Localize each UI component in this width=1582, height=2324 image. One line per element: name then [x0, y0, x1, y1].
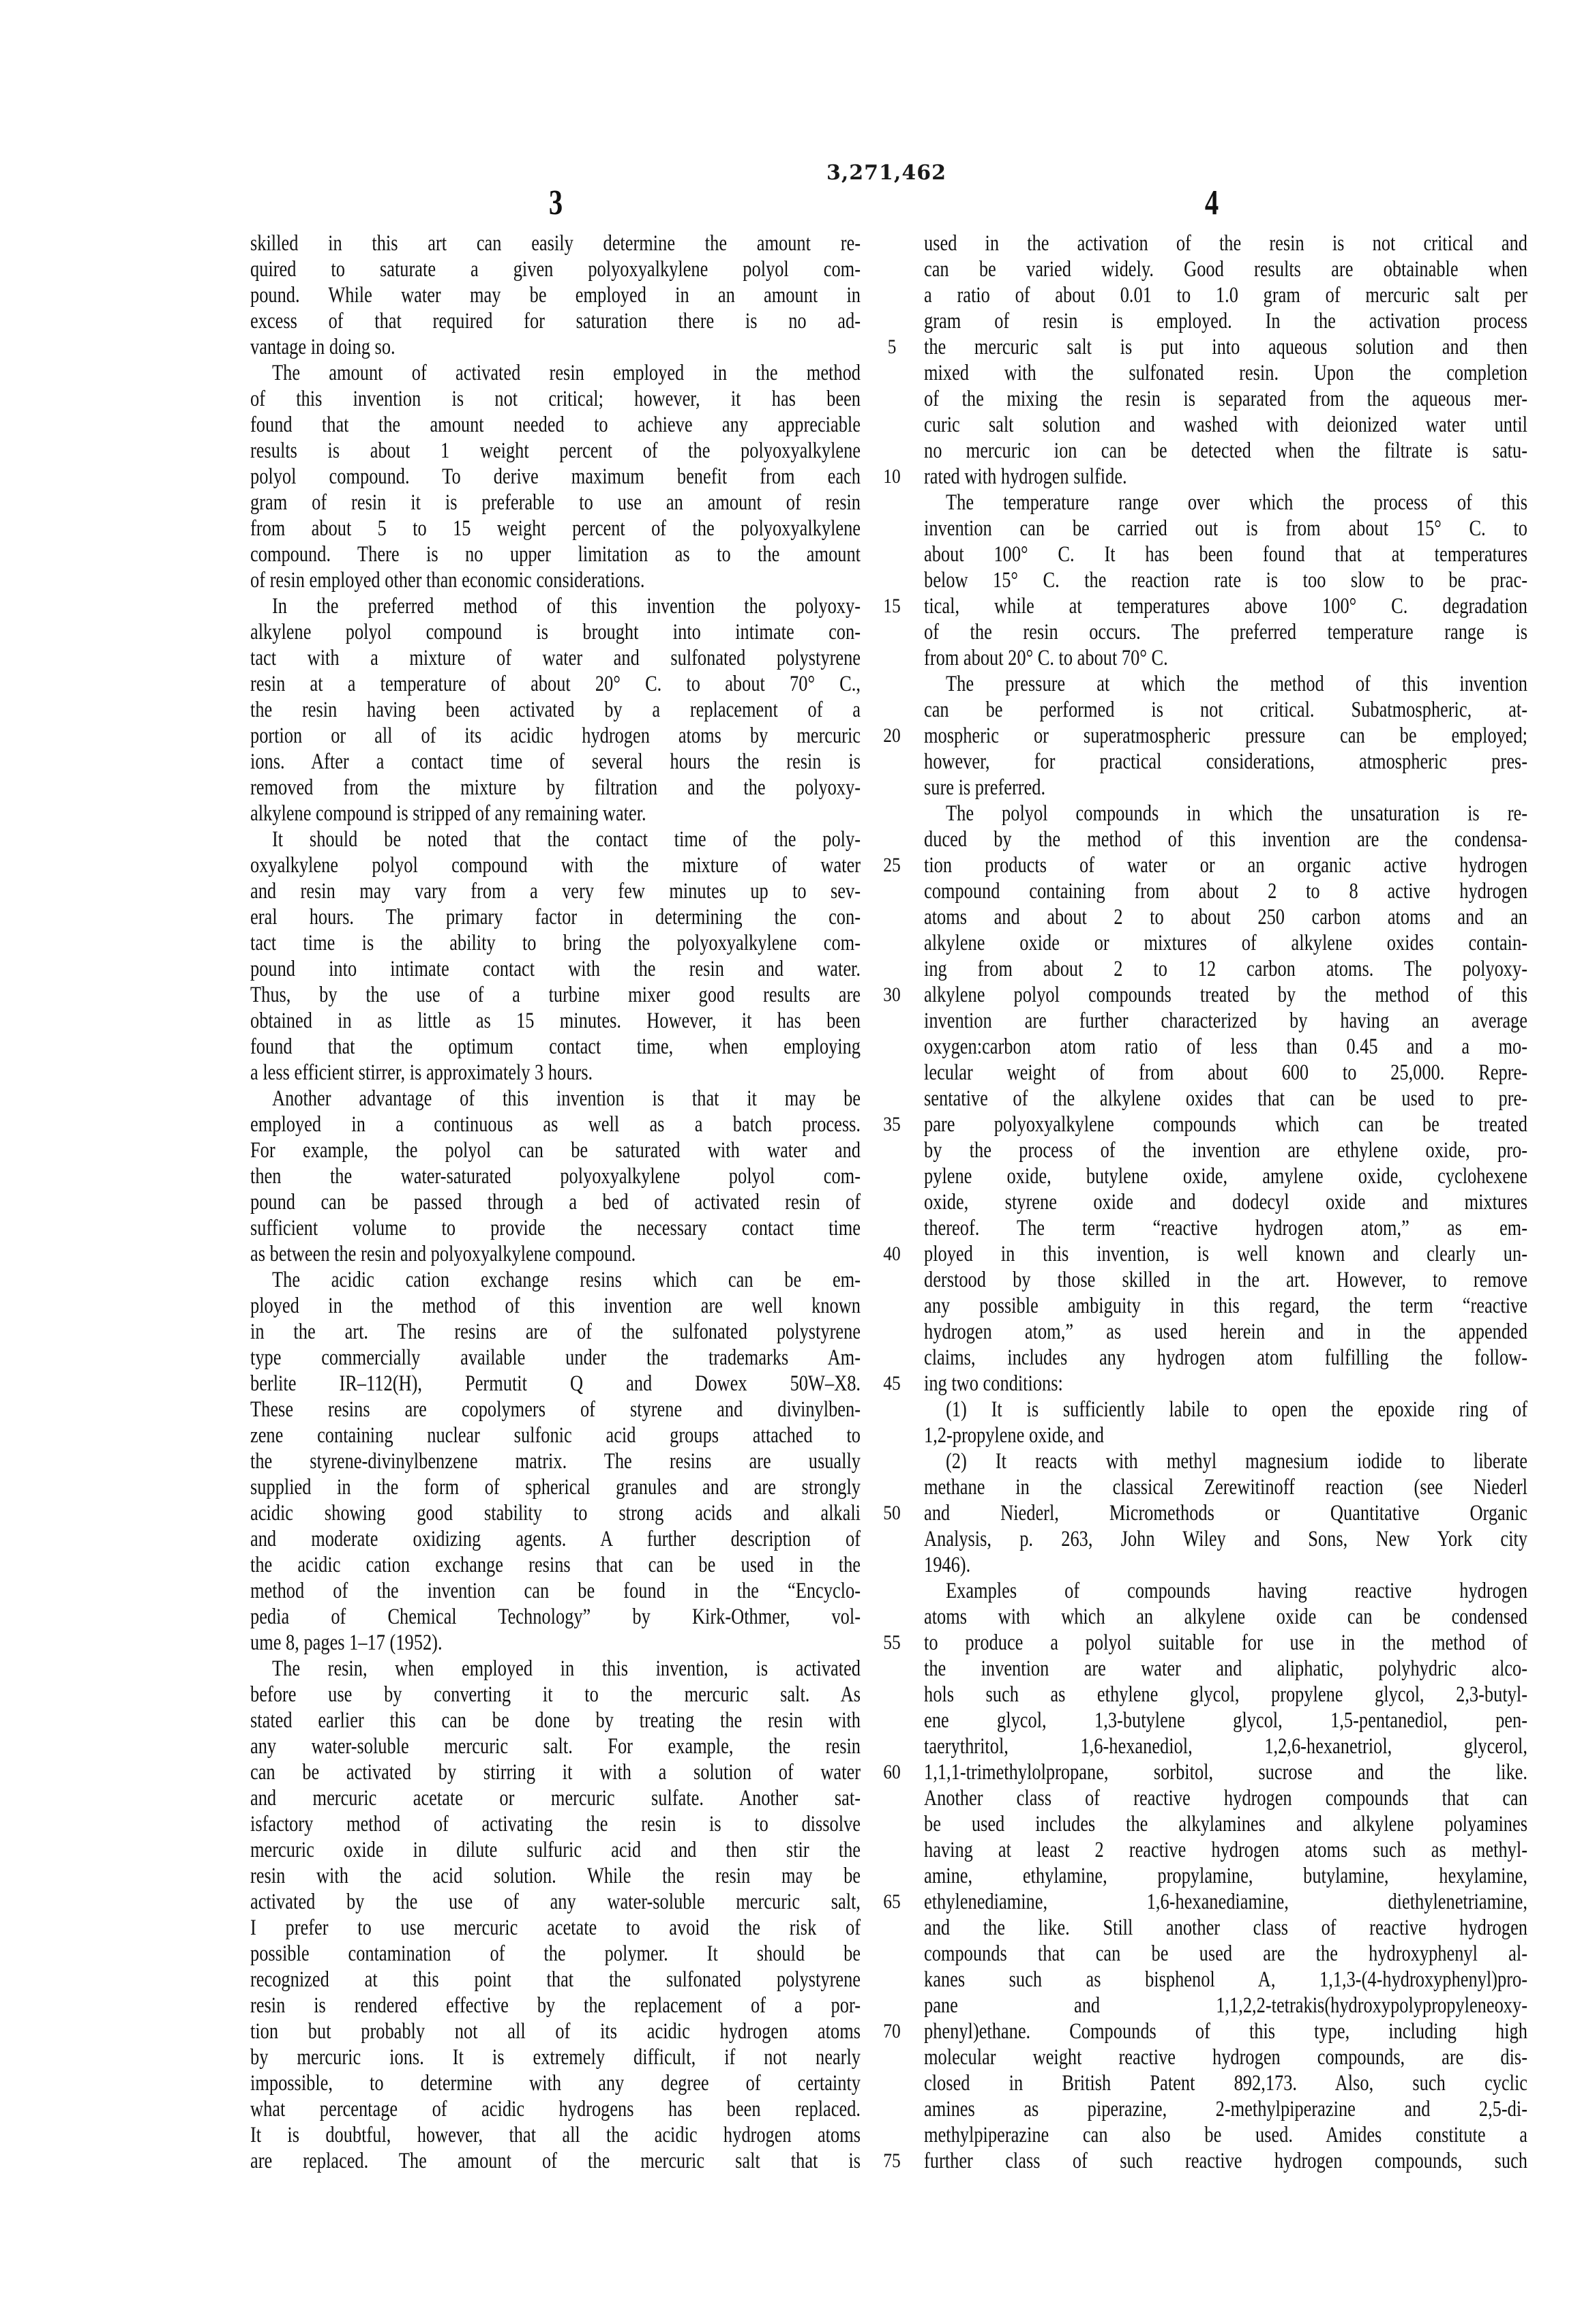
- text-line: curic salt solution and washed with deio…: [924, 412, 1582, 438]
- text-line-content: can be performed is not critical. Subatm…: [924, 697, 1527, 723]
- text-line-content: ployed in this invention, is well known …: [924, 1241, 1527, 1267]
- text-line-content: sentative of the alkylene oxides that ca…: [924, 1086, 1527, 1112]
- text-line: supplied in the form of spherical granul…: [250, 1474, 1013, 1500]
- text-line-content: any possible ambiguity in this regard, t…: [924, 1293, 1527, 1319]
- text-line: gram of resin it is preferable to use an…: [250, 490, 1013, 516]
- text-line-content: The acidic cation exchange resins which …: [250, 1267, 861, 1293]
- text-line: a ratio of about 0.01 to 1.0 gram of mer…: [924, 282, 1582, 308]
- text-line: in the art. The resins are of the sulfon…: [250, 1319, 1013, 1345]
- text-line-content: found that the amount needed to achieve …: [250, 412, 861, 438]
- text-line: methylpiperazine can also be used. Amide…: [924, 2122, 1582, 2148]
- text-line: from about 5 to 15 weight percent of the…: [250, 516, 1013, 541]
- text-line-content: These resins are copolymers of styrene a…: [250, 1397, 861, 1422]
- text-line-content: atoms with which an alkylene oxide can b…: [924, 1604, 1527, 1630]
- text-line-content: a ratio of about 0.01 to 1.0 gram of mer…: [924, 282, 1527, 308]
- text-line-content: from about 20° C. to about 70° C.: [924, 645, 1527, 671]
- text-line-content: supplied in the form of spherical granul…: [250, 1474, 861, 1500]
- text-line-content: can be activated by stirring it with a s…: [250, 1759, 861, 1785]
- text-line-content: acidic showing good stability to strong …: [250, 1500, 861, 1526]
- text-line-content: found that the optimum contact time, whe…: [250, 1034, 861, 1060]
- text-line-content: ing from about 2 to 12 carbon atoms. The…: [924, 956, 1527, 982]
- line-number: 70: [878, 2018, 907, 2044]
- line-number: 20: [878, 723, 907, 749]
- text-line-content: mospheric or superatmospheric pressure c…: [924, 723, 1527, 749]
- text-line: sentative of the alkylene oxides that ca…: [924, 1086, 1582, 1112]
- text-line: hols such as ethylene glycol, propylene …: [924, 1682, 1582, 1708]
- text-line: can be performed is not critical. Subatm…: [924, 697, 1582, 723]
- line-number: 15: [878, 593, 907, 619]
- text-line-content: tion but probably not all of its acidic …: [250, 2018, 861, 2044]
- text-line: duced by the method of this invention ar…: [924, 826, 1582, 852]
- text-line: Another class of reactive hydrogen compo…: [924, 1785, 1582, 1811]
- text-line-content: (2) It reacts with methyl magnesium iodi…: [924, 1448, 1527, 1474]
- text-line-content: sufficient volume to provide the necessa…: [250, 1215, 861, 1241]
- text-line-content: compound. There is no upper limitation a…: [250, 541, 861, 567]
- text-line: atoms with which an alkylene oxide can b…: [924, 1604, 1582, 1630]
- text-line-content: 1,1,1-trimethylolpropane, sorbitol, sucr…: [924, 1759, 1527, 1785]
- right-text-column: used in the activation of the resin is n…: [924, 230, 1582, 2174]
- text-line-content: oxyalkylene polyol compound with the mix…: [250, 852, 861, 878]
- text-line: invention can be carried out is from abo…: [924, 516, 1582, 541]
- text-line: impossible, to determine with any degree…: [250, 2070, 1013, 2096]
- text-line: type commercially available under the tr…: [250, 1345, 1013, 1371]
- text-line-content: The pressure at which the method of this…: [924, 671, 1527, 697]
- text-line: and moderate oxidizing agents. A further…: [250, 1526, 1013, 1552]
- text-line-content: pound into intimate contact with the res…: [250, 956, 861, 982]
- text-line: no mercuric ion can be detected when the…: [924, 438, 1582, 464]
- text-line: and mercuric acetate or mercuric sulfate…: [250, 1785, 1013, 1811]
- line-number: 10: [878, 464, 907, 490]
- text-line: molecular weight reactive hydrogen compo…: [924, 2044, 1582, 2070]
- text-line-content: having at least 2 reactive hydrogen atom…: [924, 1837, 1527, 1863]
- text-line: from about 20° C. to about 70° C.: [924, 645, 1582, 671]
- text-line-content: impossible, to determine with any degree…: [250, 2070, 861, 2096]
- text-line-content: what percentage of acidic hydrogens has …: [250, 2096, 861, 2122]
- text-line: The polyol compounds in which the unsatu…: [924, 801, 1582, 826]
- text-line-content: ene glycol, 1,3-butylene glycol, 1,5-pen…: [924, 1708, 1527, 1733]
- text-line-content: used in the activation of the resin is n…: [924, 230, 1527, 256]
- text-line: having at least 2 reactive hydrogen atom…: [924, 1837, 1582, 1863]
- text-line: however, for practical considerations, a…: [924, 749, 1582, 775]
- text-line: by the process of the invention are ethy…: [924, 1137, 1582, 1163]
- text-line: It should be noted that the contact time…: [250, 826, 1013, 852]
- text-line: resin at a temperature of about 20° C. t…: [250, 671, 1013, 697]
- text-line: before use by converting it to the mercu…: [250, 1682, 1013, 1708]
- text-line-content: the mercuric salt is put into aqueous so…: [924, 334, 1527, 360]
- text-line: eral hours. The primary factor in determ…: [250, 904, 1013, 930]
- text-line-content: (1) It is sufficiently labile to open th…: [924, 1397, 1527, 1422]
- text-line: pound can be passed through a bed of act…: [250, 1189, 1013, 1215]
- text-line-content: phenyl)ethane. Compounds of this type, i…: [924, 2018, 1527, 2044]
- text-line-content: The temperature range over which the pro…: [924, 490, 1527, 516]
- text-line: removed from the mixture by filtration a…: [250, 775, 1013, 801]
- text-line: ployed in the method of this invention a…: [250, 1293, 1013, 1319]
- text-line-content: The amount of activated resin employed i…: [250, 360, 861, 386]
- text-line-content: I prefer to use mercuric acetate to avoi…: [250, 1915, 861, 1941]
- text-line-content: compound containing from about 2 to 8 ac…: [924, 878, 1527, 904]
- text-line-content: derstood by those skilled in the art. Ho…: [924, 1267, 1527, 1293]
- text-line-content: The polyol compounds in which the unsatu…: [924, 801, 1527, 826]
- text-line-content: to produce a polyol suitable for use in …: [924, 1630, 1527, 1656]
- text-line: pane and 1,1,2,2-tetrakis(hydroxypolypro…: [924, 1993, 1582, 2018]
- text-line: pare polyoxyalkylene compounds which can…: [924, 1112, 1582, 1137]
- text-line: The amount of activated resin employed i…: [250, 360, 1013, 386]
- text-line-content: pylene oxide, butylene oxide, amylene ox…: [924, 1163, 1527, 1189]
- text-line: possible contamination of the polymer. I…: [250, 1941, 1013, 1967]
- text-line: amine, ethylamine, propylamine, butylami…: [924, 1863, 1582, 1889]
- line-number: 55: [878, 1630, 907, 1656]
- text-line: mospheric or superatmospheric pressure c…: [924, 723, 1582, 749]
- text-line-content: closed in British Patent 892,173. Also, …: [924, 2070, 1527, 2096]
- line-number: 5: [878, 334, 907, 360]
- text-line-content: by the process of the invention are ethy…: [924, 1137, 1527, 1163]
- text-line-content: and the like. Still another class of rea…: [924, 1915, 1527, 1941]
- text-line-content: atoms and about 2 to about 250 carbon at…: [924, 904, 1527, 930]
- text-line: be used includes the alkylamines and alk…: [924, 1811, 1582, 1837]
- text-line: by mercuric ions. It is extremely diffic…: [250, 2044, 1013, 2070]
- text-line-content: method of the invention can be found in …: [250, 1578, 861, 1604]
- text-line-content: pare polyoxyalkylene compounds which can…: [924, 1112, 1527, 1137]
- text-line-content: the acidic cation exchange resins that c…: [250, 1552, 861, 1578]
- text-line-content: polyol compound. To derive maximum benef…: [250, 464, 861, 490]
- text-line: resin is rendered effective by the repla…: [250, 1993, 1013, 2018]
- text-line-content: portion or all of its acidic hydrogen at…: [250, 723, 861, 749]
- text-line: rated with hydrogen sulfide.: [924, 464, 1582, 490]
- text-line-content: the invention are water and aliphatic, p…: [924, 1656, 1527, 1682]
- text-line: The acidic cation exchange resins which …: [250, 1267, 1013, 1293]
- line-number: 25: [878, 852, 907, 878]
- line-number: 60: [878, 1759, 907, 1785]
- line-number: 35: [878, 1112, 907, 1137]
- text-line: mercuric oxide in dilute sulfuric acid a…: [250, 1837, 1013, 1863]
- text-line: thereof. The term “reactive hydrogen ato…: [924, 1215, 1582, 1241]
- right-column-number: 4: [1196, 185, 1228, 221]
- text-line: excess of that required for saturation t…: [250, 308, 1013, 334]
- text-line: found that the amount needed to achieve …: [250, 412, 1013, 438]
- text-line-content: tion products of water or an organic act…: [924, 852, 1527, 878]
- text-line-content: sure is preferred.: [924, 775, 1527, 801]
- text-line-content: It should be noted that the contact time…: [250, 826, 861, 852]
- text-line-content: possible contamination of the polymer. I…: [250, 1941, 861, 1967]
- text-line-content: duced by the method of this invention ar…: [924, 826, 1527, 852]
- text-line-content: pound. While water may be employed in an…: [250, 282, 861, 308]
- text-line-content: and moderate oxidizing agents. A further…: [250, 1526, 861, 1552]
- text-line: kanes such as bisphenol A, 1,1,3-(4-hydr…: [924, 1967, 1582, 1993]
- text-line-content: employed in a continuous as well as a ba…: [250, 1112, 861, 1137]
- text-line: These resins are copolymers of styrene a…: [250, 1397, 1013, 1422]
- text-line-content: lecular weight of from about 600 to 25,0…: [924, 1060, 1527, 1086]
- text-line-content: skilled in this art can easily determine…: [250, 230, 861, 256]
- text-line: zene containing nuclear sulfonic acid gr…: [250, 1422, 1013, 1448]
- text-line: Analysis, p. 263, John Wiley and Sons, N…: [924, 1526, 1582, 1552]
- text-line: 1,2-propylene oxide, and: [924, 1422, 1582, 1448]
- text-line-content: tact with a mixture of water and sulfona…: [250, 645, 861, 671]
- text-line: a less efficient stirrer, is approximate…: [250, 1060, 1013, 1086]
- line-number: 50: [878, 1500, 907, 1526]
- text-line: pound into intimate contact with the res…: [250, 956, 1013, 982]
- text-line-content: hols such as ethylene glycol, propylene …: [924, 1682, 1527, 1708]
- text-line: what percentage of acidic hydrogens has …: [250, 2096, 1013, 2122]
- text-line: pedia of Chemical Technology” by Kirk-Ot…: [250, 1604, 1013, 1630]
- text-line-content: alkylene polyol compound is brought into…: [250, 619, 861, 645]
- text-line: about 100° C. It has been found that at …: [924, 541, 1582, 567]
- text-line: derstood by those skilled in the art. Ho…: [924, 1267, 1582, 1293]
- text-line-content: a less efficient stirrer, is approximate…: [250, 1060, 861, 1086]
- text-line: For example, the polyol can be saturated…: [250, 1137, 1013, 1163]
- text-line-content: removed from the mixture by filtration a…: [250, 775, 861, 801]
- text-line: The pressure at which the method of this…: [924, 671, 1582, 697]
- text-line-content: For example, the polyol can be saturated…: [250, 1137, 861, 1163]
- text-line-content: Examples of compounds having reactive hy…: [924, 1578, 1527, 1604]
- text-line-content: of resin employed other than economic co…: [250, 567, 861, 593]
- text-line-content: in the art. The resins are of the sulfon…: [250, 1319, 861, 1345]
- text-line-content: and Niederl, Micromethods or Quantitativ…: [924, 1500, 1527, 1526]
- text-line-content: the resin having been activated by a rep…: [250, 697, 861, 723]
- text-line-content: further class of such reactive hydrogen …: [924, 2148, 1527, 2174]
- text-line: tion products of water or an organic act…: [924, 852, 1582, 878]
- text-line-content: from about 5 to 15 weight percent of the…: [250, 516, 861, 541]
- text-line-content: type commercially available under the tr…: [250, 1345, 861, 1371]
- text-line-content: can be varied widely. Good results are o…: [924, 256, 1527, 282]
- text-line-content: alkylene polyol compounds treated by the…: [924, 982, 1527, 1008]
- text-line-content: pedia of Chemical Technology” by Kirk-Ot…: [250, 1604, 861, 1630]
- text-line: sufficient volume to provide the necessa…: [250, 1215, 1013, 1241]
- text-line: compound. There is no upper limitation a…: [250, 541, 1013, 567]
- text-line: ethylenediamine, 1,6-hexanediamine, diet…: [924, 1889, 1582, 1915]
- text-line: and Niederl, Micromethods or Quantitativ…: [924, 1500, 1582, 1526]
- text-line-content: ing two conditions:: [924, 1371, 1527, 1397]
- left-text-column: skilled in this art can easily determine…: [250, 230, 1013, 2174]
- text-line-content: pound can be passed through a bed of act…: [250, 1189, 861, 1215]
- text-line-content: ployed in the method of this invention a…: [250, 1293, 861, 1319]
- text-line: Examples of compounds having reactive hy…: [924, 1578, 1582, 1604]
- text-line: the resin having been activated by a rep…: [250, 697, 1013, 723]
- text-line: any possible ambiguity in this regard, t…: [924, 1293, 1582, 1319]
- text-line: can be varied widely. Good results are o…: [924, 256, 1582, 282]
- text-line-content: of the resin occurs. The preferred tempe…: [924, 619, 1527, 645]
- text-line-content: by mercuric ions. It is extremely diffic…: [250, 2044, 861, 2070]
- text-line: 1,1,1-trimethylolpropane, sorbitol, sucr…: [924, 1759, 1582, 1785]
- text-line-content: gram of resin it is preferable to use an…: [250, 490, 861, 516]
- text-line-content: oxygen:carbon atom ratio of less than 0.…: [924, 1034, 1527, 1060]
- text-line-content: quired to saturate a given polyoxyalkyle…: [250, 256, 861, 282]
- text-line: The temperature range over which the pro…: [924, 490, 1582, 516]
- text-line-content: before use by converting it to the mercu…: [250, 1682, 861, 1708]
- text-line-content: and resin may vary from a very few minut…: [250, 878, 861, 904]
- text-line: the styrene-divinylbenzene matrix. The r…: [250, 1448, 1013, 1474]
- text-line-content: results is about 1 weight percent of the…: [250, 438, 861, 464]
- text-line: closed in British Patent 892,173. Also, …: [924, 2070, 1582, 2096]
- patent-number: 3,271,462: [791, 161, 982, 185]
- text-line: oxygen:carbon atom ratio of less than 0.…: [924, 1034, 1582, 1060]
- text-line: phenyl)ethane. Compounds of this type, i…: [924, 2018, 1582, 2044]
- text-line: 1946).: [924, 1552, 1582, 1578]
- text-line-content: In the preferred method of this inventio…: [250, 593, 861, 619]
- text-line-content: any water-soluble mercuric salt. For exa…: [250, 1733, 861, 1759]
- text-line: lecular weight of from about 600 to 25,0…: [924, 1060, 1582, 1086]
- text-line: isfactory method of activating the resin…: [250, 1811, 1013, 1837]
- text-line-content: be used includes the alkylamines and alk…: [924, 1811, 1527, 1837]
- text-line-content: tical, while at temperatures above 100° …: [924, 593, 1527, 619]
- text-line-content: hydrogen atom,” as used herein and in th…: [924, 1319, 1527, 1345]
- text-line-content: are replaced. The amount of the mercuric…: [250, 2148, 861, 2174]
- text-line: any water-soluble mercuric salt. For exa…: [250, 1733, 1013, 1759]
- text-line: I prefer to use mercuric acetate to avoi…: [250, 1915, 1013, 1941]
- text-line: and the like. Still another class of rea…: [924, 1915, 1582, 1941]
- text-line: recognized at this point that the sulfon…: [250, 1967, 1013, 1993]
- text-line: ployed in this invention, is well known …: [924, 1241, 1582, 1267]
- line-number: 30: [878, 982, 907, 1008]
- text-line: resin with the acid solution. While the …: [250, 1863, 1013, 1889]
- text-line: tact with a mixture of water and sulfona…: [250, 645, 1013, 671]
- text-line-content: amine, ethylamine, propylamine, butylami…: [924, 1863, 1527, 1889]
- text-line-content: compounds that can be used are the hydro…: [924, 1941, 1527, 1967]
- text-line-content: recognized at this point that the sulfon…: [250, 1967, 861, 1993]
- text-line: of this invention is not critical; howev…: [250, 386, 1013, 412]
- text-line: pylene oxide, butylene oxide, amylene ox…: [924, 1163, 1582, 1189]
- text-line-content: taerythritol, 1,6-hexanediol, 1,2,6-hexa…: [924, 1733, 1527, 1759]
- text-line: hydrogen atom,” as used herein and in th…: [924, 1319, 1582, 1345]
- text-line-content: of the mixing the resin is separated fro…: [924, 386, 1527, 412]
- text-line-content: below 15° C. the reaction rate is too sl…: [924, 567, 1527, 593]
- text-line-content: gram of resin is employed. In the activa…: [924, 308, 1527, 334]
- text-line: It is doubtful, however, that all the ac…: [250, 2122, 1013, 2148]
- text-line-content: tact time is the ability to bring the po…: [250, 930, 861, 956]
- text-line-content: ume 8, pages 1–17 (1952).: [250, 1630, 861, 1656]
- text-line: atoms and about 2 to about 250 carbon at…: [924, 904, 1582, 930]
- text-line-content: vantage in doing so.: [250, 334, 861, 360]
- text-line: results is about 1 weight percent of the…: [250, 438, 1013, 464]
- text-line: found that the optimum contact time, whe…: [250, 1034, 1013, 1060]
- text-line: alkylene polyol compound is brought into…: [250, 619, 1013, 645]
- text-line: the acidic cation exchange resins that c…: [250, 1552, 1013, 1578]
- text-line: of the mixing the resin is separated fro…: [924, 386, 1582, 412]
- text-line: of the resin occurs. The preferred tempe…: [924, 619, 1582, 645]
- text-line-content: eral hours. The primary factor in determ…: [250, 904, 861, 930]
- text-line: gram of resin is employed. In the activa…: [924, 308, 1582, 334]
- text-line: claims, includes any hydrogen atom fulfi…: [924, 1345, 1582, 1371]
- text-line: compounds that can be used are the hydro…: [924, 1941, 1582, 1967]
- text-line: of resin employed other than economic co…: [250, 567, 1013, 593]
- text-line: The resin, when employed in this inventi…: [250, 1656, 1013, 1682]
- text-line: ene glycol, 1,3-butylene glycol, 1,5-pen…: [924, 1708, 1582, 1733]
- text-line: pound. While water may be employed in an…: [250, 282, 1013, 308]
- text-line-content: excess of that required for saturation t…: [250, 308, 861, 334]
- left-column-number: 3: [540, 185, 572, 221]
- text-line-content: no mercuric ion can be detected when the…: [924, 438, 1527, 464]
- text-line: the invention are water and aliphatic, p…: [924, 1656, 1582, 1682]
- text-line-content: 1946).: [924, 1552, 1527, 1578]
- text-line-content: 1,2-propylene oxide, and: [924, 1422, 1527, 1448]
- text-line-content: resin is rendered effective by the repla…: [250, 1993, 861, 2018]
- text-line-content: Another advantage of this invention is t…: [250, 1086, 861, 1112]
- text-line: quired to saturate a given polyoxyalkyle…: [250, 256, 1013, 282]
- text-line: invention are further characterized by h…: [924, 1008, 1582, 1034]
- text-line: compound containing from about 2 to 8 ac…: [924, 878, 1582, 904]
- text-line: (2) It reacts with methyl magnesium iodi…: [924, 1448, 1582, 1474]
- text-line: then the water-saturated polyoxyalkylene…: [250, 1163, 1013, 1189]
- text-line: tact time is the ability to bring the po…: [250, 930, 1013, 956]
- text-line: alkylene oxide or mixtures of alkylene o…: [924, 930, 1582, 956]
- text-line: alkylene compound is stripped of any rem…: [250, 801, 1013, 826]
- text-line-content: resin at a temperature of about 20° C. t…: [250, 671, 861, 697]
- text-line-content: of this invention is not critical; howev…: [250, 386, 861, 412]
- text-line-content: Thus, by the use of a turbine mixer good…: [250, 982, 861, 1008]
- text-line-content: claims, includes any hydrogen atom fulfi…: [924, 1345, 1527, 1371]
- text-line-content: alkylene compound is stripped of any rem…: [250, 801, 861, 826]
- text-line: ions. After a contact time of several ho…: [250, 749, 1013, 775]
- text-line-content: invention can be carried out is from abo…: [924, 516, 1527, 541]
- text-line-content: activated by the use of any water-solubl…: [250, 1889, 861, 1915]
- text-line: used in the activation of the resin is n…: [924, 230, 1582, 256]
- text-line-content: as between the resin and polyoxyalkylene…: [250, 1241, 861, 1267]
- text-line-content: molecular weight reactive hydrogen compo…: [924, 2044, 1527, 2070]
- text-line-content: ions. After a contact time of several ho…: [250, 749, 861, 775]
- text-line: amines as piperazine, 2-methylpiperazine…: [924, 2096, 1582, 2122]
- text-line-content: ethylenediamine, 1,6-hexanediamine, diet…: [924, 1889, 1527, 1915]
- text-line-content: methylpiperazine can also be used. Amide…: [924, 2122, 1527, 2148]
- text-line-content: Another class of reactive hydrogen compo…: [924, 1785, 1527, 1811]
- text-line-content: mixed with the sulfonated resin. Upon th…: [924, 360, 1527, 386]
- text-line-content: the styrene-divinylbenzene matrix. The r…: [250, 1448, 861, 1474]
- text-line: method of the invention can be found in …: [250, 1578, 1013, 1604]
- text-line: alkylene polyol compounds treated by the…: [924, 982, 1582, 1008]
- text-line-content: oxide, styrene oxide and dodecyl oxide a…: [924, 1189, 1527, 1215]
- text-line-content: resin with the acid solution. While the …: [250, 1863, 861, 1889]
- text-line-content: curic salt solution and washed with deio…: [924, 412, 1527, 438]
- text-line-content: however, for practical considerations, a…: [924, 749, 1527, 775]
- text-line-content: about 100° C. It has been found that at …: [924, 541, 1527, 567]
- text-line: the mercuric salt is put into aqueous so…: [924, 334, 1582, 360]
- text-line: tical, while at temperatures above 100° …: [924, 593, 1582, 619]
- text-line-content: obtained in as little as 15 minutes. How…: [250, 1008, 861, 1034]
- line-number: 45: [878, 1371, 907, 1397]
- text-line-content: kanes such as bisphenol A, 1,1,3-(4-hydr…: [924, 1967, 1527, 1993]
- text-line: oxide, styrene oxide and dodecyl oxide a…: [924, 1189, 1582, 1215]
- text-line: ing from about 2 to 12 carbon atoms. The…: [924, 956, 1582, 982]
- line-number: 40: [878, 1241, 907, 1267]
- text-line-content: Analysis, p. 263, John Wiley and Sons, N…: [924, 1526, 1527, 1552]
- text-line-content: The resin, when employed in this inventi…: [250, 1656, 861, 1682]
- text-line: mixed with the sulfonated resin. Upon th…: [924, 360, 1582, 386]
- text-line-content: methane in the classical Zerewitinoff re…: [924, 1474, 1527, 1500]
- text-line: stated earlier this can be done by treat…: [250, 1708, 1013, 1733]
- text-line-content: then the water-saturated polyoxyalkylene…: [250, 1163, 861, 1189]
- text-line-content: isfactory method of activating the resin…: [250, 1811, 861, 1837]
- line-number: 75: [878, 2148, 907, 2174]
- text-line-content: berlite IR–112(H), Permutit Q and Dowex …: [250, 1371, 861, 1397]
- text-line: ing two conditions:: [924, 1371, 1582, 1397]
- text-line: obtained in as little as 15 minutes. How…: [250, 1008, 1013, 1034]
- text-line: skilled in this art can easily determine…: [250, 230, 1013, 256]
- text-line-content: invention are further characterized by h…: [924, 1008, 1527, 1034]
- text-line: to produce a polyol suitable for use in …: [924, 1630, 1582, 1656]
- text-line: Another advantage of this invention is t…: [250, 1086, 1013, 1112]
- text-line: below 15° C. the reaction rate is too sl…: [924, 567, 1582, 593]
- text-line-content: It is doubtful, however, that all the ac…: [250, 2122, 861, 2148]
- text-line-content: mercuric oxide in dilute sulfuric acid a…: [250, 1837, 861, 1863]
- text-line-content: thereof. The term “reactive hydrogen ato…: [924, 1215, 1527, 1241]
- text-line-content: amines as piperazine, 2-methylpiperazine…: [924, 2096, 1527, 2122]
- text-line: and resin may vary from a very few minut…: [250, 878, 1013, 904]
- text-line: (1) It is sufficiently labile to open th…: [924, 1397, 1582, 1422]
- text-line-content: rated with hydrogen sulfide.: [924, 464, 1527, 490]
- text-line-content: pane and 1,1,2,2-tetrakis(hydroxypolypro…: [924, 1993, 1527, 2018]
- text-line-content: stated earlier this can be done by treat…: [250, 1708, 861, 1733]
- line-number: 65: [878, 1889, 907, 1915]
- text-line: sure is preferred.: [924, 775, 1582, 801]
- text-line: methane in the classical Zerewitinoff re…: [924, 1474, 1582, 1500]
